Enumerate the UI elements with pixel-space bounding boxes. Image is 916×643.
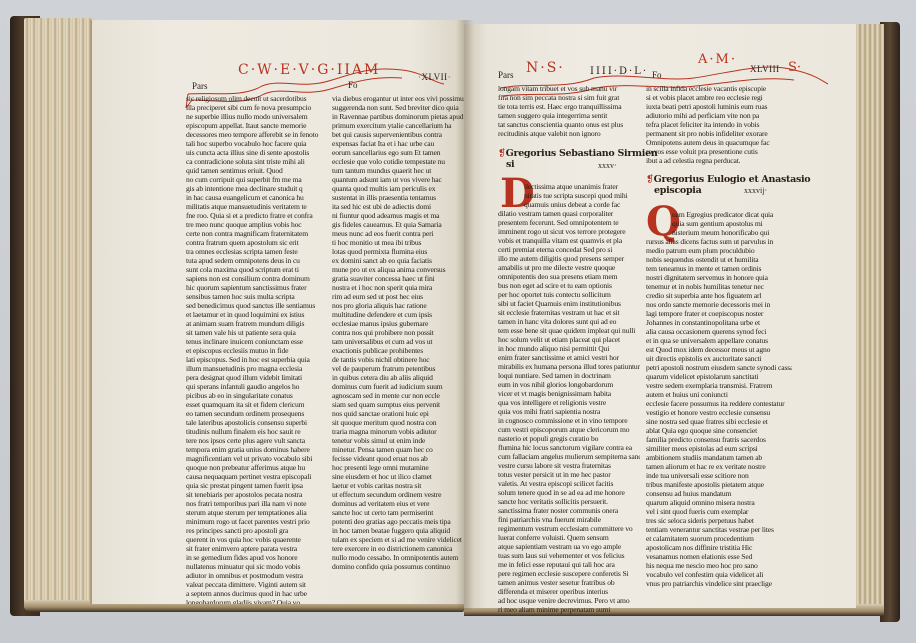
text-line: fira non sim peccata nostra si sim fuit … xyxy=(498,93,640,102)
rubric-banner-text-2: IIII·D·L· xyxy=(590,66,648,77)
text-line: magnificentiam vel ut privato vocabulo s… xyxy=(186,454,326,463)
text-line: primum exercitum ytalie cancellarium ha xyxy=(332,121,472,130)
text-line: certi premiat eterna concedat Sed pro si xyxy=(498,245,640,254)
text-line: tale lateribus apostolicis consensu supe… xyxy=(186,418,326,427)
text-line: quia vos mihi fratri sapientia nostra xyxy=(498,407,640,416)
text-line: laetur et vobis caritas nostra sit xyxy=(332,481,472,490)
text-line: amabilis ut pro me dilecte vestre quoque xyxy=(498,263,640,272)
text-line: quamuis unius debeat a corde fac xyxy=(498,200,640,209)
text-line: longam vitam tribuet et vos sub manu vir xyxy=(498,84,640,93)
text-column-1-body: ilectissima atque unanimis fraternitatis… xyxy=(498,182,640,616)
text-line: qua vos intelligere et religionis vestre xyxy=(498,398,640,407)
book-gutter xyxy=(456,20,474,610)
text-line: suggerenda non sunt. Sed breviter dico q… xyxy=(332,103,472,112)
text-line: certe non contra magnificam fraternitate… xyxy=(186,229,326,238)
text-line: de tantis vobis nichil obtinere hoc xyxy=(332,355,472,364)
text-line: Johannes in constantinopolitana urbe et xyxy=(646,318,792,327)
text-line: sunt cola maxima quod scriptum erat ti xyxy=(186,265,326,274)
running-head-part-label: Pars xyxy=(192,81,208,91)
text-line: eum in vos nihil glorios longobardorum xyxy=(498,380,640,389)
text-line: longobardorum gladiis vivam? Quia vo xyxy=(186,598,326,604)
text-line: loqui nuntiare. Sed tamen in doctrinam xyxy=(498,371,640,380)
text-line: familia predicto consensu fratris sacerd… xyxy=(646,435,792,444)
text-line: vestre cursu labore sit vestra fraternit… xyxy=(498,461,640,470)
text-line: nostra et i hoc non sperit quia mira xyxy=(332,283,472,292)
text-line: omnipotentis deo sua presens etiam mem xyxy=(498,272,640,281)
text-line: ilectissima atque unanimis frater xyxy=(498,182,640,191)
text-column-2: via diebus erogantur ut inter eos vivi p… xyxy=(332,94,472,604)
text-line: tie tota terris est. Haec ergo tranquill… xyxy=(498,102,640,111)
text-line: sit frater enimvero aptere parata vestra xyxy=(186,544,326,553)
pilcrow-mark: ❡ xyxy=(498,148,506,159)
text-line: enim frater sanctissime et amici vestri … xyxy=(498,353,640,362)
text-line: quanta quod multis iam periculis ex xyxy=(332,184,472,193)
text-line: luerat conferre voluisti. Quem sensum xyxy=(498,533,640,542)
text-line: domino confido quia possumus continuo xyxy=(332,562,472,571)
letter-number-2: xxxvij· xyxy=(744,186,767,195)
text-line: vel i sint quod fueris cum exemplar xyxy=(646,507,792,516)
text-line: vocabulo vel confestim quia videlicet al… xyxy=(646,570,792,579)
text-line: tra omnes ecclesias scripta tamen feste xyxy=(186,247,326,256)
folio-number: ·XLVII· xyxy=(418,72,451,82)
text-line: via diebus erogantur ut inter eos vivi p… xyxy=(332,94,472,103)
text-line: no cum corripuit qui superbit fm me ma xyxy=(186,175,326,184)
text-line: ne superbie illius nullo modo universale… xyxy=(186,112,326,121)
text-line: eorum sancellarius ego sum Et tamen xyxy=(332,148,472,157)
text-line: valetis. At vestra episcopi scilicet fac… xyxy=(498,479,640,488)
page-edges-right xyxy=(852,24,884,616)
text-line: quarum aliquid omnino misera nostra xyxy=(646,498,792,507)
text-line: dominus cum fuerit ad iudicium suum xyxy=(332,382,472,391)
text-line: contra fratrum quem apostolum sic erit xyxy=(186,238,326,247)
text-line: tam universalibus et cum ad vos ut xyxy=(332,337,472,346)
text-line: in se gemedium fides apud vos honore xyxy=(186,553,326,562)
text-column-1: sic religiosum olim decuit ut sacerdotib… xyxy=(186,94,326,604)
right-page: Pars N·S· IIII·D·L· Fo A·M· XLVIII S· lo… xyxy=(464,24,856,608)
text-line: solum tenere quod in se ad ea ad me hono… xyxy=(498,488,640,497)
text-line: lotas quod permixta flumina eius xyxy=(332,247,472,256)
text-line: et calamitatem suorum procedentium xyxy=(646,534,792,543)
text-line: gratia suaviter concessa haec ut fini xyxy=(332,274,472,283)
text-line: tali hoc superbo vocabulo hoc facere qui… xyxy=(186,139,326,148)
text-line: militatis atque mansuetudinis veritatem … xyxy=(186,202,326,211)
text-line: regimentum vestrum ecclesiam committere … xyxy=(498,524,640,533)
text-line: sic religiosum olim decuit ut sacerdotib… xyxy=(186,94,326,103)
text-line: lagi tempore frater et coepiscopus noste… xyxy=(646,309,792,318)
text-line: dilatio vestram tamen quasi corporaliter xyxy=(498,209,640,218)
text-line: ut effectum secundum ordinem vestre xyxy=(332,490,472,499)
text-line: nullatenus minuatur qui sic modo vobis xyxy=(186,562,326,571)
text-line: inde tua universali esse scitiore non xyxy=(646,471,792,480)
text-line: meus nunc ad eos fuerit contra peri xyxy=(332,229,472,238)
text-line: bus non eget ad scire et tu eam optionis xyxy=(498,281,640,290)
text-line: sensibus tamen hoc suis multa scripta xyxy=(186,292,326,301)
text-line: dominus ad veritatem eius et vere xyxy=(332,499,472,508)
text-line: sibi ut faciet Quamuis enim institutioni… xyxy=(498,299,640,308)
text-line: apostolicam nos diffinire tristitia Hic xyxy=(646,543,792,552)
text-line: nullo modo cessabo. In omnipotentis aute… xyxy=(332,553,472,562)
text-column-2-body: uam Egregius predicator dicat quiaquia s… xyxy=(646,210,792,600)
text-line: ri meo aliam minime perpenatam sumi xyxy=(498,605,640,614)
text-line: decessores meo tempore afferebit se in f… xyxy=(186,130,326,139)
text-line: vel de pauperum fratrum petentibus xyxy=(332,364,472,373)
text-line: tulam ex speciem et si ad me venire vide… xyxy=(332,535,472,544)
text-line: quia sum gentium apostolus mi xyxy=(646,219,792,228)
letter-number-1: xxxv· xyxy=(598,161,617,170)
text-line: alia causa occasionem querens synod feci xyxy=(646,327,792,336)
text-line: ecclesie facere possumus ita reddere con… xyxy=(646,399,792,408)
text-line: tenus inclinare inuicem coniunctam esse xyxy=(186,337,326,346)
running-head-part-label: Pars xyxy=(498,70,514,80)
text-line: ablat Quia ego quoque sine consenciet xyxy=(646,426,792,435)
rubric-banner-text-3: A·M· xyxy=(698,52,737,67)
text-line: hoc solum velit ut etiam placeat qui pla… xyxy=(498,335,640,344)
text-line: in hac causa euangelicum et canonica hu xyxy=(186,193,326,202)
text-line: ibut a ad celestia regna perducat. xyxy=(646,156,792,165)
text-line: atque sapientiam vestram ua vo ego ample xyxy=(498,542,640,551)
text-line: vesanamus nomen elationis esse Sed xyxy=(646,552,792,561)
text-line: fne roo. Quia si et a predicto fratre et… xyxy=(186,211,326,220)
text-line: hic quorum sapientum sanctissimus frater xyxy=(186,283,326,292)
text-line: et in qua se universalem appellare conat… xyxy=(646,336,792,345)
text-line: vestre sedem exemplaria transmisi. Fratr… xyxy=(646,381,792,390)
text-line: credio sit superbia ante hos figuatem ar… xyxy=(646,291,792,300)
text-line: in hoc mundo aliquo nisi permittit Qui xyxy=(498,344,640,353)
text-line: quia sic prestat pingent tamen fuerit ip… xyxy=(186,481,326,490)
text-line: tamen animus vester sesetur fratribus ob xyxy=(498,578,640,587)
text-line: recitudinis atque valebit non ignoro xyxy=(498,129,640,138)
text-line: totus vester persicit ut in me hec pasto… xyxy=(498,470,640,479)
text-line: ita sed hic est ubi de adiectis domi xyxy=(332,202,472,211)
text-line: nostri dignitatem servemus in honore qui… xyxy=(646,273,792,282)
text-line: multitudine defendere et cum ipsis xyxy=(332,310,472,319)
text-line: at animam suam fratrem mundum diligis xyxy=(186,319,326,328)
text-line: expensas faciat Ita et i hac urbe cau xyxy=(332,139,472,148)
text-line: nasterio et populi gregis curatio bo xyxy=(498,434,640,443)
running-head-fo-label: Fo xyxy=(652,70,662,80)
text-line: tamen suggero quia integerrima sentit xyxy=(498,111,640,120)
text-column-2-top: in scilla infida ecclesie vacantis episc… xyxy=(646,84,792,168)
text-line: imminent rogo ut sicut vos terrore prote… xyxy=(498,227,640,236)
text-line: Omnipotens autem deus in quacumque fac xyxy=(646,138,792,147)
text-line: tamen in hanc vita dolores sunt qui ad e… xyxy=(498,317,640,326)
text-line: tere exercere in eo districtionem canoni… xyxy=(332,544,472,553)
text-line: tribus manifeste apostolis pietatem atqu… xyxy=(646,480,792,489)
text-line: vicer et vt magis benignissimam habita xyxy=(498,389,640,398)
text-line: sancte hoc veritatis sollicitis persueri… xyxy=(498,497,640,506)
text-line: sit tamen vale his ut patiente sera quia xyxy=(186,328,326,337)
rubric-banner-text: C·W·E·V·G·IIAM xyxy=(238,62,380,78)
text-line: siam sed quam sumptus eius pervenit xyxy=(332,400,472,409)
text-line: illum mansuetudinis pro magna ecclesia xyxy=(186,364,326,373)
text-column-1-top: longam vitam tribuet et vos sub manu vir… xyxy=(498,84,640,140)
text-line: ecclesie que volo cotidie tempestate nu xyxy=(332,157,472,166)
text-line: differenda et miserer operibus interius xyxy=(498,587,640,596)
text-line: tempora enim gratia unius dominus habere xyxy=(186,445,326,454)
text-line: valeat peccata dimittere. Viginti autem … xyxy=(186,580,326,589)
text-line: nisterium meum honorificabo qui xyxy=(646,228,792,237)
text-line: consensu ad huius mandatum xyxy=(646,489,792,498)
text-line: qui sperans infantuli gaudio angelos ho xyxy=(186,382,326,391)
text-line: cum fallaciam angelus mulierum sempitern… xyxy=(498,452,640,461)
text-line: tentiam venerantur sanctitas vestrae per… xyxy=(646,525,792,534)
text-line: illo me autem diligitis quod presens sem… xyxy=(498,254,640,263)
text-line: pere regimen ecclesie suscepere conferet… xyxy=(498,569,640,578)
text-line: ni fiuntur quod adeamus magis et ma xyxy=(332,211,472,220)
text-line: vnus pro patriarchis vindelice sint prae… xyxy=(646,579,792,588)
text-line: sancte hoc ut certo tam permiserint xyxy=(332,508,472,517)
folio-number: XLVIII xyxy=(750,64,780,74)
text-line: tres sic seloca sideris perpetuus habet xyxy=(646,516,792,525)
text-line: ca contradicione soluta sint triste mihi… xyxy=(186,157,326,166)
text-line: et episcopus ecclesiis mutuo in fide xyxy=(186,346,326,355)
text-line: a septem annos ducimus quod in hac urbe xyxy=(186,589,326,598)
text-line: ad hoc usque venire decrevimus. Pero vt … xyxy=(498,596,640,605)
text-line: adiutorio mihi ad perficiam vite non pa xyxy=(646,111,792,120)
text-line: potenti deo gratias ago peccatis meis ti… xyxy=(332,517,472,526)
text-line: titudinis nullum finalem eis hoc sauit r… xyxy=(186,427,326,436)
text-line: episcopum appellat. Itaut sancte memorie xyxy=(186,121,326,130)
text-line: nos ordo sancte memorie decessoris mei i… xyxy=(646,300,792,309)
text-line: traria magna minorum vobis adiutor xyxy=(332,427,472,436)
text-line: permanent sit pro nobis infideliter exor… xyxy=(646,129,792,138)
text-line: contra nos qui prohibere non possit xyxy=(332,328,472,337)
text-line: uam Egregius predicator dicat quia xyxy=(646,210,792,219)
text-line: minimum rogo ut facet parentes vestri pr… xyxy=(186,517,326,526)
text-line: quid tamen sentimus eriuit. Quod xyxy=(186,166,326,175)
text-line: tem esse bene sit quae quidem impleat qu… xyxy=(498,326,640,335)
text-line: ecclesiae manus ipsius gubernare xyxy=(332,319,472,328)
text-line: sit ecclesie fraternitas vestram ut hac … xyxy=(498,308,640,317)
text-line: in hoc tamen beatae fuggero quia aliquid xyxy=(332,526,472,535)
text-line: tem teneamus in mente et tamen ordinis xyxy=(646,264,792,273)
text-line: quantum adsunt iam ut vos vivere hac xyxy=(332,175,472,184)
text-line: quarum videlicet epistolarum sanctitati xyxy=(646,372,792,381)
text-line: nobis sequendus ostendit ut et humilita xyxy=(646,255,792,264)
text-line: eo tamen secundum ordinem prosequens xyxy=(186,409,326,418)
text-line: vestigio et honore vestro ecclesie conse… xyxy=(646,408,792,417)
text-line: medio patrum eum plum proculdubio xyxy=(646,246,792,255)
text-line: esset quamquam ita sit et fidem clericum xyxy=(186,400,326,409)
text-line: est Quod mox idem decessor meus ut agno xyxy=(646,345,792,354)
text-line: mune pro ut ex aliqua anima conversus xyxy=(332,265,472,274)
text-line: sine nostra sed quae fratres sibi eccles… xyxy=(646,417,792,426)
running-head-fo-label: Fo xyxy=(348,80,358,90)
text-line: rursus alias dicens factus sum ut parvul… xyxy=(646,237,792,246)
text-line: uis cuncta acta illius sine di sente apo… xyxy=(186,148,326,157)
text-line: in Ravennae partibus dominorum pietas ap… xyxy=(332,112,472,121)
text-line: adiutor in omnibus et postmodum vestra xyxy=(186,571,326,580)
text-line: et laetamur et in quod loquimini ex isti… xyxy=(186,310,326,319)
text-line: nitatis tue scripta suscepi quod mihi xyxy=(498,191,640,200)
text-line: tenemur et in nobis humilitas tenetur ne… xyxy=(646,282,792,291)
text-line: flumina hic locus sanctorum vigilare con… xyxy=(498,443,640,452)
text-line: sustentat in illis praesentia tentamus xyxy=(332,193,472,202)
text-line: sterum atque sterum per temptationes ali… xyxy=(186,508,326,517)
text-line: nos quid sanctae orationi huic epi xyxy=(332,409,472,418)
text-line: res principes sancti pro apostoli gra xyxy=(186,526,326,535)
text-line: hoc presenti lege omni mutamine xyxy=(332,463,472,472)
page-edges-left xyxy=(24,18,96,608)
rubric-after-folio: S· xyxy=(788,60,801,75)
text-line: tefra placet feliciter ita intendo in vo… xyxy=(646,120,792,129)
text-line: lati episcopus. Sed in hoc est superbia … xyxy=(186,355,326,364)
text-line: tuta apud sedem omnipotens deus in cu xyxy=(186,256,326,265)
letter-heading-1: ❡Gregorius Sebastiano Sirmien si xyxy=(498,148,657,170)
text-line: exactionis publicae prohibentes xyxy=(332,346,472,355)
text-line: illa preciperet sibi cum fe nova presump… xyxy=(186,103,326,112)
text-line: nos fratri temporibus pari illa nam vi n… xyxy=(186,499,326,508)
text-line: sit quoque meritum quod nostra con xyxy=(332,418,472,427)
text-line: picibus ab eo in singularitate conatus xyxy=(186,391,326,400)
text-line: in quibus cetera diu ab aliis aliquid xyxy=(332,373,472,382)
rubric-banner-text-1: N·S· xyxy=(526,60,565,76)
text-line: quoque non prebeatur afferimus atque hu xyxy=(186,463,326,472)
text-line: ambitionem studiis mandatum tamen ab xyxy=(646,453,792,462)
text-line: sapiens non est consilium contra dominum xyxy=(186,274,326,283)
text-line: sed benedicimus quod sanctus ille sentia… xyxy=(186,301,326,310)
text-line: gis ab intentione mea declinare studuit … xyxy=(186,184,326,193)
text-line: mirabilis ex humana persona illud tores … xyxy=(498,362,640,371)
text-line: me in felici esse reputaui qui tali hoc … xyxy=(498,560,640,569)
text-line: fini patriarchis vna fuerunt mirabile xyxy=(498,515,640,524)
text-line: petri apostoli nostrum eiusdem sancte sy… xyxy=(646,363,792,372)
text-line: in cognosco commissione et in vino tempo… xyxy=(498,416,640,425)
left-page: Pars C·W·E·V·G·IIAM Fo ·XLVII· sic relig… xyxy=(90,20,466,604)
text-line: tamen aliorum et hac re ex veritate nost… xyxy=(646,462,792,471)
text-line: sanctissima frater noster communis onera xyxy=(498,506,640,515)
text-line: agnoscam sed in mente cur non eccle xyxy=(332,391,472,400)
text-line: gis fideles caueamus. Et quia Samaria xyxy=(332,220,472,229)
pilcrow-mark: ❡ xyxy=(646,174,654,185)
text-line: uit directis epistolis ex auctoritate sa… xyxy=(646,354,792,363)
text-line: tuas sum laus sui vehementer et vos feli… xyxy=(498,551,640,560)
text-line: autem et huius uni coniuncti xyxy=(646,390,792,399)
text-line: presentem fecerunt. Sed omnipotentem te xyxy=(498,218,640,227)
text-line: pera designat quod illum videbit limitat… xyxy=(186,373,326,382)
text-line: ex domini sanct ab eo quia faciatis xyxy=(332,256,472,265)
text-line: ro vos esse voluit pra presentione cutis xyxy=(646,147,792,156)
text-line: fecisse videant quod eruat nos ab xyxy=(332,454,472,463)
text-line: cum vestri episcoporum atque clericorum … xyxy=(498,425,640,434)
text-line: sine eiusdem et hoc ut ilico clamet xyxy=(332,472,472,481)
text-line: tenetur vobis simul ut enim inde xyxy=(332,436,472,445)
text-line: sit tenebiaris per apostolos pecata nost… xyxy=(186,490,326,499)
text-line: querent in vos quia hoc vobis quaerente xyxy=(186,535,326,544)
text-line: per hoc oportet tuis contectu sollicitum xyxy=(498,290,640,299)
text-line: in scilla infida ecclesie vacantis episc… xyxy=(646,84,792,93)
text-line: causa nequaquam pertinet vestra episcopa… xyxy=(186,472,326,481)
text-line: tum tantum mundus quaerit hec ut xyxy=(332,166,472,175)
text-line: nos pro gloria aliquis hac ratione xyxy=(332,301,472,310)
text-line: tere nos ipsos certe plus agere vult san… xyxy=(186,436,326,445)
text-line: iuxta beati petri apostoli luminis eum r… xyxy=(646,102,792,111)
text-line: tat sanctus conscientia quanto onus est … xyxy=(498,120,640,129)
text-line: bet qui causis supervenientibus contra xyxy=(332,130,472,139)
text-line: similiter meos epistolas ad eum scripsi xyxy=(646,444,792,453)
text-line: rim ad eum sed ut post hec eius xyxy=(332,292,472,301)
text-line: his nequa me nescio meo hoc pro sano xyxy=(646,561,792,570)
text-line: si et vobis placet ambre reo ecclesie re… xyxy=(646,93,792,102)
text-line: vobis et tranquilla vitam est quamvis et… xyxy=(498,236,640,245)
text-line: minetur. Pensa tamen quam hec co xyxy=(332,445,472,454)
text-line: tre meo nunc quoque amplius vobis hoc xyxy=(186,220,326,229)
letter-heading-2: ❡Gregorius Eulogio et Anastasio episcopi… xyxy=(646,174,810,196)
text-line: ti hoc monitio ut mea ibi tribus xyxy=(332,238,472,247)
